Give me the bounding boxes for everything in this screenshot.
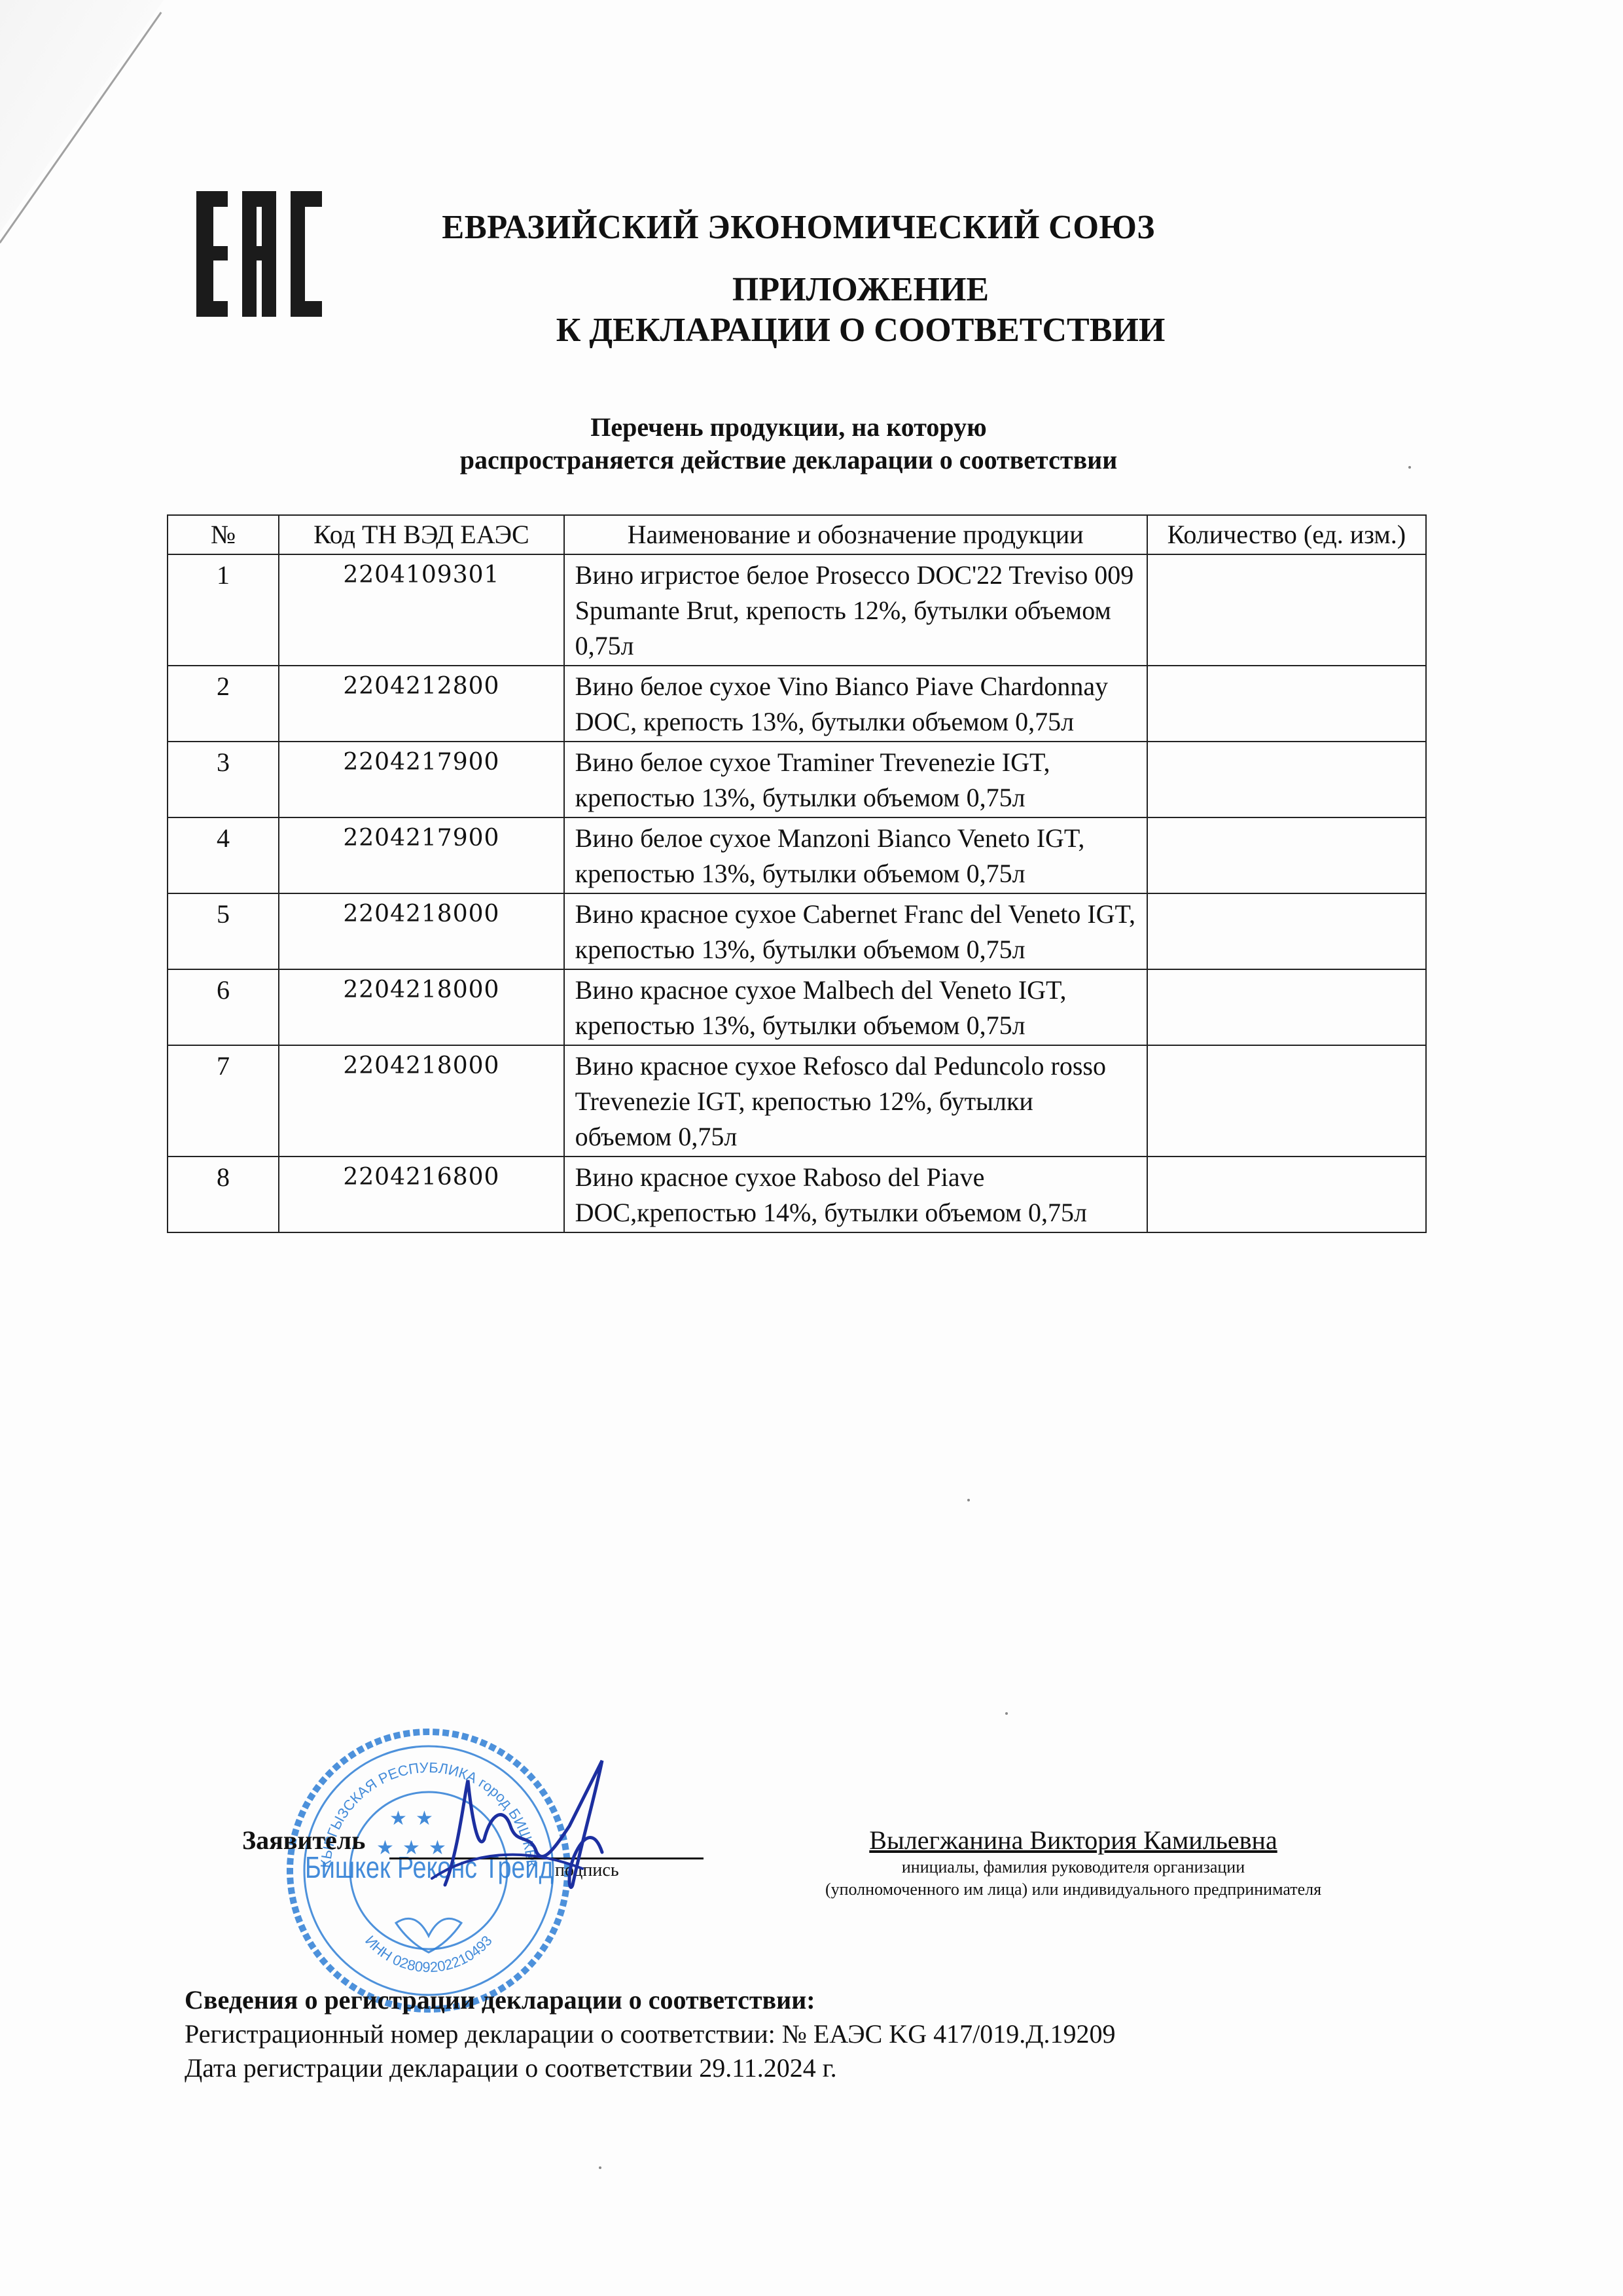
- row-quantity: [1147, 893, 1426, 969]
- row-quantity: [1147, 817, 1426, 893]
- scan-speck: [599, 2166, 601, 2169]
- table-row: 8 2204216800 Вино красное сухое Raboso d…: [168, 1157, 1426, 1232]
- row-product-name: Вино игристое белое Prosecco DOC'22 Trev…: [564, 554, 1147, 666]
- row-number: 1: [168, 554, 279, 666]
- row-quantity: [1147, 554, 1426, 666]
- row-quantity: [1147, 666, 1426, 742]
- responsible-person-caption-1: инициалы, фамилия руководителя организац…: [779, 1856, 1368, 1878]
- table-row: 3 2204217900 Вино белое сухое Traminer T…: [168, 742, 1426, 817]
- product-list-heading-line2: распространяется действие декларации о с…: [366, 444, 1211, 476]
- product-list-heading: Перечень продукции, на которую распростр…: [366, 411, 1211, 476]
- row-code: 2204212800: [279, 666, 564, 742]
- handwritten-signature-icon: [419, 1754, 615, 1905]
- row-number: 6: [168, 969, 279, 1045]
- table-row: 6 2204218000 Вино красное сухое Malbech …: [168, 969, 1426, 1045]
- row-number: 8: [168, 1157, 279, 1232]
- column-header-code: Код ТН ВЭД ЕАЭС: [279, 515, 564, 554]
- row-code: 2204218000: [279, 893, 564, 969]
- appendix-title: ПРИЛОЖЕНИЕ К ДЕКЛАРАЦИИ О СООТВЕТСТВИИ: [402, 270, 1319, 351]
- responsible-person-name: Вылегжанина Виктория Камильевна: [779, 1825, 1368, 1856]
- appendix-title-line1: ПРИЛОЖЕНИЕ: [402, 270, 1319, 310]
- row-product-name: Вино красное сухое Refosco dal Peduncolo…: [564, 1045, 1147, 1157]
- row-code: 2204109301: [279, 554, 564, 666]
- scan-speck: [1408, 466, 1411, 469]
- row-number: 3: [168, 742, 279, 817]
- table-row: 5 2204218000 Вино красное сухое Cabernet…: [168, 893, 1426, 969]
- row-code: 2204217900: [279, 817, 564, 893]
- union-title: ЕВРАЗИЙСКИЙ ЭКОНОМИЧЕСКИЙ СОЮЗ: [410, 208, 1186, 247]
- scan-speck: [967, 1499, 970, 1501]
- scan-speck: [1005, 1712, 1008, 1715]
- svg-text:★: ★: [389, 1807, 407, 1830]
- eac-logo-icon: [196, 191, 322, 317]
- table-header-row: № Код ТН ВЭД ЕАЭС Наименование и обознач…: [168, 515, 1426, 554]
- row-product-name: Вино белое сухое Vino Bianco Piave Chard…: [564, 666, 1147, 742]
- table-row: 4 2204217900 Вино белое сухое Manzoni Bi…: [168, 817, 1426, 893]
- registration-title: Сведения о регистрации декларации о соот…: [185, 1983, 1115, 2017]
- row-number: 7: [168, 1045, 279, 1157]
- svg-text:ИНН 02809202210493: ИНН 02809202210493: [362, 1932, 495, 1975]
- row-quantity: [1147, 1157, 1426, 1232]
- table-row: 1 2204109301 Вино игристое белое Prosecc…: [168, 554, 1426, 666]
- row-quantity: [1147, 1045, 1426, 1157]
- row-product-name: Вино белое сухое Traminer Trevenezie IGT…: [564, 742, 1147, 817]
- row-number: 5: [168, 893, 279, 969]
- products-table: № Код ТН ВЭД ЕАЭС Наименование и обознач…: [167, 514, 1427, 1233]
- row-product-name: Вино белое сухое Manzoni Bianco Veneto I…: [564, 817, 1147, 893]
- row-quantity: [1147, 742, 1426, 817]
- row-code: 2204216800: [279, 1157, 564, 1232]
- row-product-name: Вино красное сухое Cabernet Franc del Ve…: [564, 893, 1147, 969]
- product-list-heading-line1: Перечень продукции, на которую: [366, 411, 1211, 444]
- column-header-quantity: Количество (ед. изм.): [1147, 515, 1426, 554]
- table-row: 2 2204212800 Вино белое сухое Vino Bianc…: [168, 666, 1426, 742]
- responsible-person-caption-2: (уполномоченного им лица) или индивидуал…: [779, 1878, 1368, 1901]
- registration-date: Дата регистрации декларации о соответств…: [185, 2051, 1115, 2085]
- row-code: 2204218000: [279, 1045, 564, 1157]
- table-row: 7 2204218000 Вино красное сухое Refosco …: [168, 1045, 1426, 1157]
- row-code: 2204218000: [279, 969, 564, 1045]
- applicant-label: Заявитель: [242, 1825, 365, 1856]
- row-product-name: Вино красное сухое Malbech del Veneto IG…: [564, 969, 1147, 1045]
- registration-number: Регистрационный номер декларации о соотв…: [185, 2017, 1115, 2051]
- row-quantity: [1147, 969, 1426, 1045]
- appendix-title-line2: К ДЕКЛАРАЦИИ О СООТВЕТСТВИИ: [402, 310, 1319, 351]
- column-header-name: Наименование и обозначение продукции: [564, 515, 1147, 554]
- column-header-number: №: [168, 515, 279, 554]
- row-code: 2204217900: [279, 742, 564, 817]
- responsible-person: Вылегжанина Виктория Камильевна инициалы…: [779, 1825, 1368, 1901]
- row-number: 4: [168, 817, 279, 893]
- registration-info: Сведения о регистрации декларации о соот…: [185, 1983, 1115, 2085]
- row-number: 2: [168, 666, 279, 742]
- row-product-name: Вино красное сухое Raboso del Piave DOC,…: [564, 1157, 1147, 1232]
